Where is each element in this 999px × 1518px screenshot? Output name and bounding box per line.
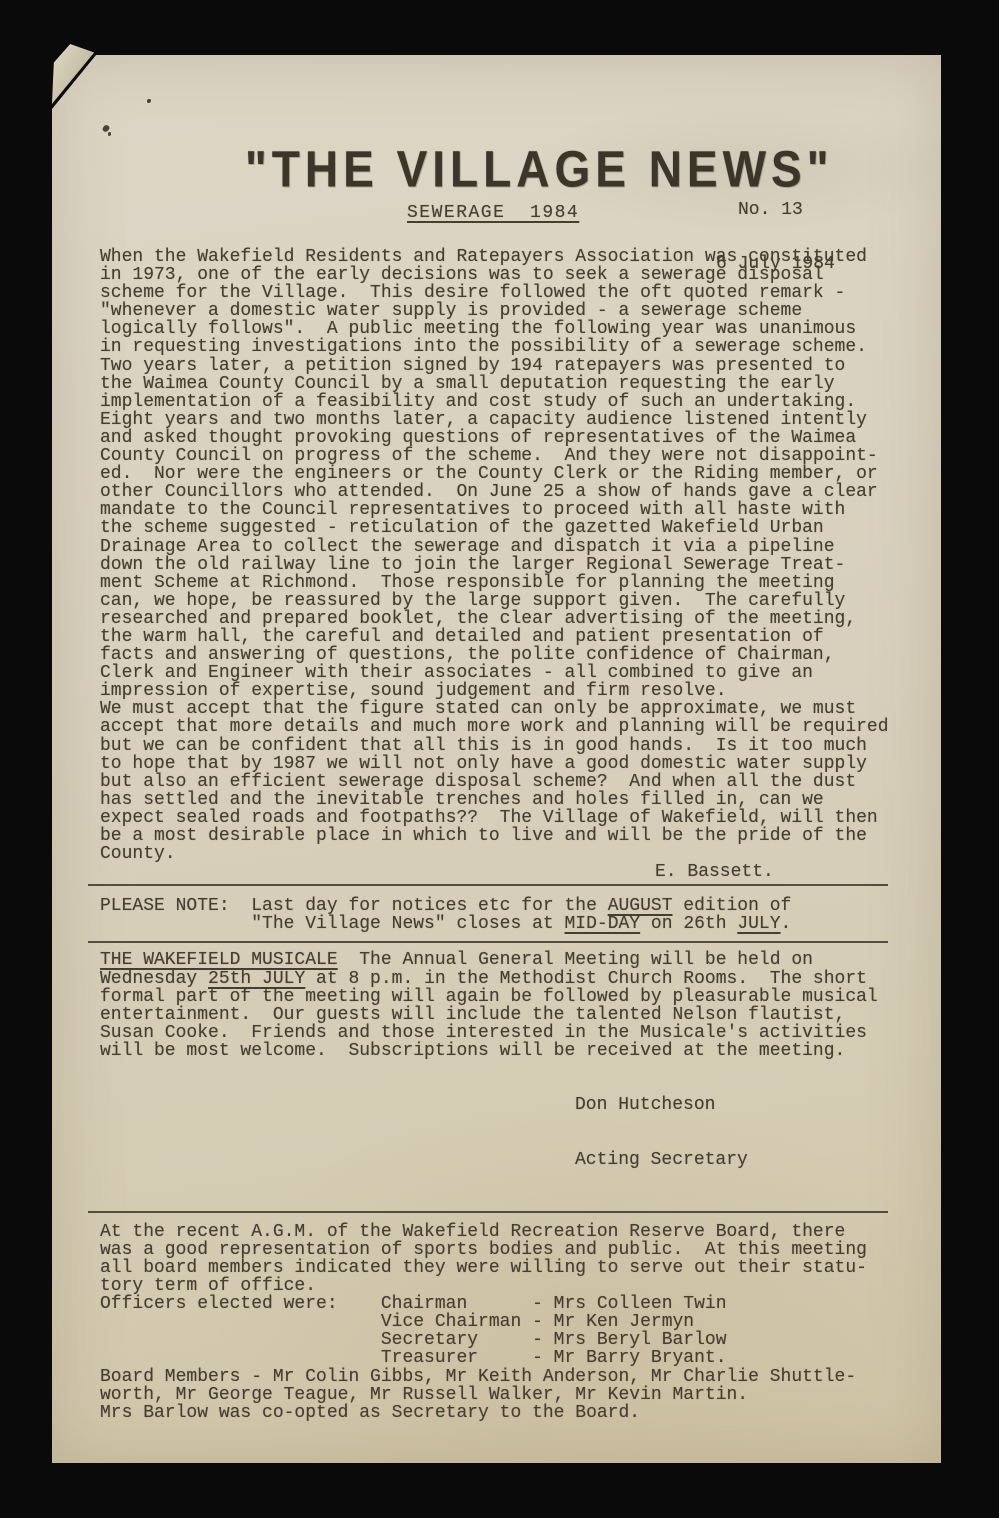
paper-hole xyxy=(108,132,111,136)
please-note-notice: PLEASE NOTE: Last day for notices etc fo… xyxy=(100,897,906,933)
recreation-board-section: At the recent A.G.M. of the Wakefield Re… xyxy=(100,1223,906,1422)
musicale-heading: THE WAKEFIELD MUSICALE xyxy=(100,950,338,970)
musicale-section: THE WAKEFIELD MUSICALE The Annual Genera… xyxy=(100,951,906,1060)
signature-role: Acting Secretary xyxy=(575,1151,906,1169)
please-note-text: on 26th xyxy=(640,914,737,934)
underlined-meeting-date: 25th JULY xyxy=(208,969,305,989)
musicale-signature: Don Hutcheson Acting Secretary xyxy=(100,1060,906,1205)
scan-background: "THE VILLAGE NEWS" No. 13 6 July 1984 SE… xyxy=(0,0,999,1518)
main-column: When the Wakefield Residents and Ratepay… xyxy=(100,248,906,1422)
issue-number: No. 13 xyxy=(716,201,835,219)
divider-rule xyxy=(88,1211,888,1213)
underlined-midday: MID-DAY xyxy=(564,914,640,934)
article-headline: SEWERAGE 1984 xyxy=(407,204,579,222)
sewerage-signature: E. Bassett. xyxy=(100,863,906,881)
sewerage-article-body: When the Wakefield Residents and Ratepay… xyxy=(100,248,906,863)
divider-rule xyxy=(88,884,888,886)
signature-name: Don Hutcheson xyxy=(575,1096,906,1114)
divider-rule xyxy=(88,941,888,943)
please-note-text: . xyxy=(781,914,792,934)
underlined-july: JULY xyxy=(737,914,780,934)
newsletter-page: "THE VILLAGE NEWS" No. 13 6 July 1984 SE… xyxy=(52,55,941,1463)
paper-hole xyxy=(147,99,151,103)
